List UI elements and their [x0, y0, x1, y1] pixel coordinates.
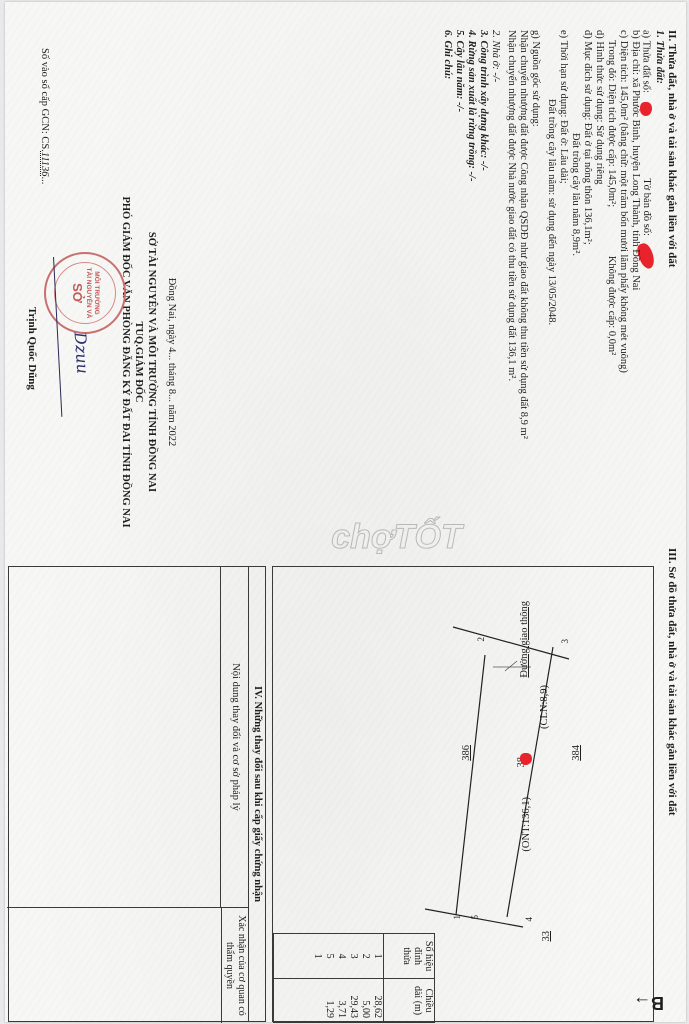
signer-role-1: TUQ.GIÁM ĐỐC: [132, 187, 145, 537]
issue-date: Đồng Nai, ngày 4... tháng 8... năm 2022: [166, 187, 177, 537]
land-certificate-page: II. Thửa đất, nhà ở và tài sản khác gắn …: [5, 2, 686, 1022]
item-other-works: 3. Công trình xây dựng khác: -/-: [477, 30, 489, 171]
changes-table: IV. Những thay đổi sau khi cấp giấy chứn…: [8, 566, 266, 1022]
col-confirm-header: Xác nhận của cơ quan có thẩm quyền: [221, 908, 249, 1023]
header-length: Chiều dài (m): [383, 979, 434, 1023]
gcn-label: Số vào sổ cấp GCN: CS.: [39, 48, 50, 152]
vertex-1: 1: [451, 915, 463, 920]
land-heading: 1. Thửa đất:: [653, 30, 665, 84]
origin-row: g) Nguồn gốc sử dụng:: [529, 30, 541, 127]
stamp-line-1: TÀI NGUYÊN VÀ: [84, 268, 92, 319]
neighbor-384: 384: [571, 745, 583, 761]
vertex-4: 4: [523, 917, 535, 922]
length-cell: 3,71: [335, 983, 347, 1018]
signer-role-2: PHÓ GIÁM ĐỐC VĂN PHÒNG ĐĂNG KÝ ĐẤT ĐAI T…: [119, 187, 132, 537]
cln-label: (CLN:8,9): [539, 685, 551, 729]
area-detail-row: Trong đó: Diện tích được cấp: 145,0m²; K…: [605, 40, 617, 355]
road-label-text: Đường giao thông: [519, 601, 531, 678]
purpose-row-2: Đất trồng cây lâu năm 8,9m².: [569, 133, 581, 256]
section-3-4: III. Sơ đồ thửa đất, nhà ở và tài sản kh…: [5, 542, 686, 1022]
origin-row-2: Nhận chuyển nhượng đất được Nhà nước gia…: [505, 30, 517, 381]
col-content-header: Nội dung thay đổi và cơ sở pháp lý: [220, 567, 249, 908]
gcn-value: 11136: [39, 152, 50, 177]
signature-block: Đồng Nai, ngày 4... tháng 8... năm 2022 …: [119, 187, 177, 537]
item-house: 2. Nhà ở: -/-: [489, 30, 501, 82]
signer-name: Trịnh Quốc Dũng: [26, 307, 38, 390]
address-row: b) Địa chỉ: xã Phước Bình, huyện Long Th…: [629, 30, 641, 290]
length-column: 28,62 5,00 29,43 3,71 1,29: [274, 979, 384, 1023]
item-plantation: 4. Rừng sản xuất là rừng trồng: -/-: [465, 30, 477, 181]
vertex-cell: 4: [335, 938, 347, 974]
plot-diagram-box: B→ Đường giao thông (CLN:8,9) (ONT:136,1…: [272, 566, 654, 1022]
neighbor-33: 33: [541, 931, 553, 942]
term-row-2: Đất trồng cây lâu năm: sử dụng đến ngày …: [545, 99, 557, 325]
vertex-3: 3: [559, 639, 571, 644]
section-2: II. Thửa đất, nhà ở và tài sản khác gắn …: [5, 2, 686, 542]
item-perennial: 5. Cây lâu năm: -/-: [453, 30, 465, 112]
stamp-center: SỞ: [70, 283, 84, 303]
use-form-row: d) Hình thức sử dụng: Sử dụng riêng: [593, 30, 605, 184]
vertex-cell: 3: [347, 938, 359, 974]
vertex-cell: 5: [323, 938, 335, 974]
purpose-row: đ) Mục đích sử dụng: Đất ở tại nông thôn…: [581, 30, 593, 245]
item-notes: 6. Ghi chú:: [441, 30, 453, 79]
table-header: Số hiệu đỉnh thửa Chiều dài (m): [383, 934, 434, 1023]
vertex-cell: 1: [311, 938, 323, 974]
length-cell: 28,62: [371, 983, 383, 1018]
vertex-cell: 2: [359, 938, 371, 974]
gcn-number: Số vào sổ cấp GCN: CS.11136...: [39, 48, 50, 184]
vertex-5: 5: [469, 915, 481, 920]
vertex-2: 2: [475, 637, 487, 642]
header-vertex: Số hiệu đỉnh thửa: [383, 934, 434, 979]
map-sheet-label: Tờ bản đồ số:: [641, 178, 652, 236]
handwritten-signature: Dzuu: [71, 331, 93, 374]
length-cell: 1,29: [323, 983, 335, 1018]
area-granted: Trong đó: Diện tích được cấp: 145,0m²;: [606, 40, 617, 207]
vertex-length-table: Số hiệu đỉnh thửa Chiều dài (m) 1 2 3 4 …: [273, 933, 435, 1023]
length-cell: 5,00: [359, 983, 371, 1018]
parcel-number-label: a) Thửa đất số:: [641, 30, 652, 93]
length-cell: 29,43: [347, 983, 359, 1018]
vertex-column: 1 2 3 4 5 1: [274, 934, 384, 979]
section-3-title: III. Sơ đồ thửa đất, nhà ở và tài sản kh…: [666, 548, 678, 816]
issuing-authority: SỞ TÀI NGUYÊN VÀ MÔI TRƯỜNG TỈNH ĐỒNG NA…: [145, 187, 158, 537]
section-4-title: IV. Những thay đổi sau khi cấp giấy chứn…: [248, 567, 265, 1021]
term-row: e) Thời hạn sử dụng: Đất ở: Lâu dài;: [557, 30, 569, 184]
parcel-number-row: a) Thửa đất số: Tờ bản đồ số:: [639, 30, 653, 269]
origin-row-1: Nhận chuyển nhượng đất được Công nhận QS…: [517, 30, 529, 439]
ont-label: (ONT:136,1): [521, 797, 533, 852]
neighbor-386: 386: [461, 745, 473, 761]
column-divider: [7, 907, 221, 908]
area-row: c) Diện tích: 145,0m² (bằng chữ: một tră…: [617, 30, 629, 373]
table-row: 1 2 3 4 5 1 28,62 5,00 29,43 3,71 1,29: [274, 934, 384, 1023]
stamp-line-2: MÔI TRƯỜNG: [92, 271, 100, 314]
vertex-cell: 1: [371, 938, 383, 974]
redacted-parcel-number: [640, 102, 652, 116]
section-2-title: II. Thửa đất, nhà ở và tài sản khác gắn …: [666, 30, 678, 267]
area-not-granted: Không được cấp: 0,0m²: [606, 256, 617, 356]
